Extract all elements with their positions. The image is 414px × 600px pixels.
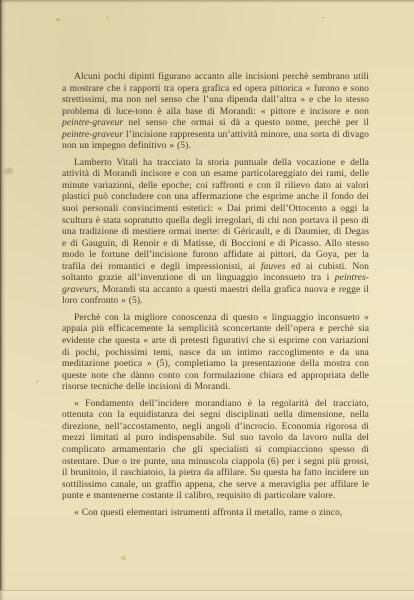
- page-bottom-edge: [0, 590, 414, 600]
- paragraph: Alcuni pochi dipinti figurano accanto al…: [62, 71, 369, 152]
- page-left-edge-shadow: [0, 0, 6, 600]
- text-segment: « Fondamento dell’incidere morandiano è …: [62, 398, 369, 501]
- paragraph: « Fondamento dell’incidere morandiano è …: [62, 398, 369, 502]
- text-segment: nel senso che ormai si dà a questo nome,…: [123, 117, 369, 128]
- paragraph: « Con questi elementari istrumenti affro…: [62, 507, 369, 519]
- foxing-spot: [121, 556, 126, 560]
- italic-term: peintre-graveur: [62, 117, 123, 128]
- text-block: Alcuni pochi dipinti figurano accanto al…: [62, 71, 369, 523]
- italic-term: peintre-graveur: [62, 129, 123, 140]
- paragraph: Perchè con la migliore conoscenza di que…: [62, 312, 369, 393]
- italic-term: fauves: [261, 261, 286, 272]
- page-top-edge-shadow: [0, 0, 414, 3]
- paragraph: Lamberto Vitali ha tracciato la storia p…: [62, 157, 369, 307]
- foxing-spot: [106, 16, 109, 19]
- foxing-spot: [36, 380, 39, 383]
- book-page: Alcuni pochi dipinti figurano accanto al…: [0, 0, 414, 600]
- text-segment: « Con questi elementari istrumenti affro…: [74, 507, 342, 518]
- book-photo: { "page": { "kind": "printed-book-page",…: [0, 0, 414, 600]
- foxing-spot: [56, 18, 60, 21]
- text-segment: , Morandi sta accanto a questi maestri d…: [62, 284, 369, 307]
- foxing-spot: [322, 17, 325, 19]
- text-segment: Alcuni pochi dipinti figurano accanto al…: [62, 71, 369, 117]
- text-segment: Perchè con la migliore conoscenza di que…: [62, 312, 369, 392]
- text-segment: Lamberto Vitali ha tracciato la storia p…: [62, 157, 369, 272]
